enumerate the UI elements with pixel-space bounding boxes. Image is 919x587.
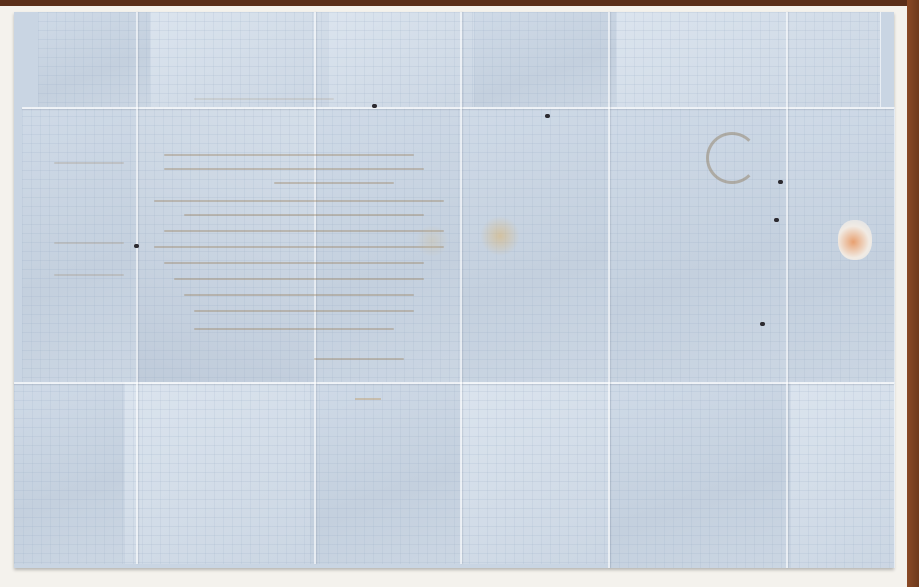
panel-mid-1 (22, 107, 137, 382)
tear-hole (134, 244, 139, 248)
panel-bot-3 (310, 382, 461, 564)
panel-bot-4 (460, 382, 611, 564)
fold-line-lower (14, 382, 894, 384)
panel-bot-1 (14, 382, 125, 564)
tear-hole (778, 180, 783, 184)
panel-top-5 (616, 12, 881, 107)
initials-mark (355, 386, 381, 400)
panel-bot-6 (790, 382, 895, 568)
panel-top-1 (38, 12, 151, 107)
fold-line-v1 (136, 12, 138, 564)
fold-line-v4 (608, 12, 610, 568)
panel-bot-5 (610, 382, 791, 568)
panel-mid-5 (608, 107, 787, 382)
postmark-stamp (706, 132, 758, 184)
fold-line-v5 (786, 12, 788, 568)
panel-top-4 (474, 12, 617, 107)
fold-line-v2 (314, 12, 316, 564)
tear-hole (545, 114, 550, 118)
tear-hole (372, 104, 377, 108)
panel-mid-2 (136, 107, 315, 382)
ink-stain (480, 216, 520, 256)
letter-sheet (14, 12, 894, 568)
panel-bot-2 (124, 382, 311, 564)
tear-hole (760, 322, 765, 326)
fold-line-v3 (460, 12, 462, 564)
wood-frame-edge (907, 0, 919, 587)
ink-stain-2 (414, 226, 450, 256)
panel-top-2 (150, 12, 329, 107)
panel-top-3 (328, 12, 475, 107)
fold-line-upper (22, 107, 894, 109)
wax-seal-remnant (838, 220, 872, 260)
tear-hole (774, 218, 779, 222)
